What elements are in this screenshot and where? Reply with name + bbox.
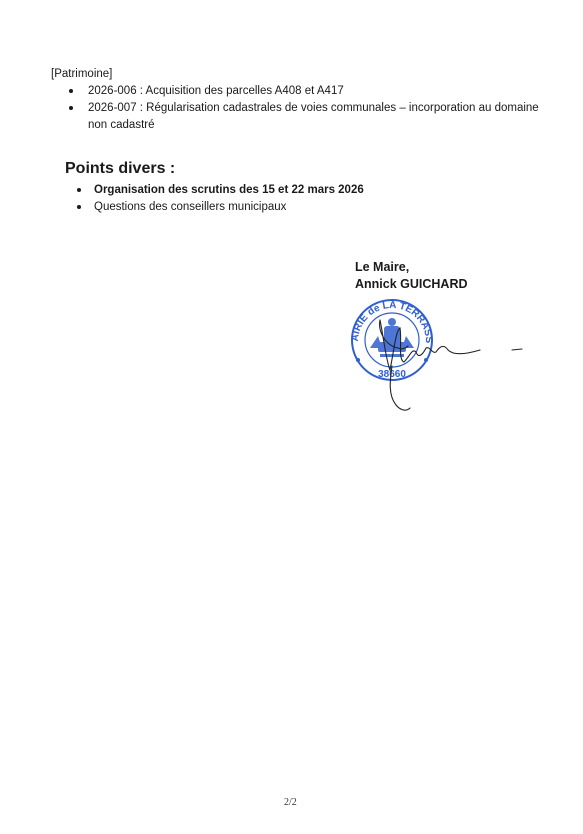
list-item-continuation: non cadastré xyxy=(88,118,155,132)
stamp-bottom-text: 38660 xyxy=(378,369,406,380)
list-item-text: Questions des conseillers municipaux xyxy=(94,200,286,214)
bullet-icon xyxy=(77,188,81,192)
list-item-text: 2026-007 : Régularisation cadastrales de… xyxy=(88,101,539,115)
list-item-text: 2026-006 : Acquisition des parcelles A40… xyxy=(88,84,344,98)
section-label: [Patrimoine] xyxy=(51,67,112,81)
signature-role: Le Maire, xyxy=(355,259,409,276)
list-item-text: Organisation des scrutins des 15 et 22 m… xyxy=(94,183,364,197)
points-divers-heading: Points divers : xyxy=(65,160,175,178)
bullet-icon xyxy=(77,205,81,209)
page-number: 2/2 xyxy=(284,797,297,808)
bullet-icon xyxy=(69,106,73,110)
official-stamp: MAIRIE de LA TERRASSE 38660 xyxy=(340,290,540,430)
bullet-icon xyxy=(69,89,73,93)
